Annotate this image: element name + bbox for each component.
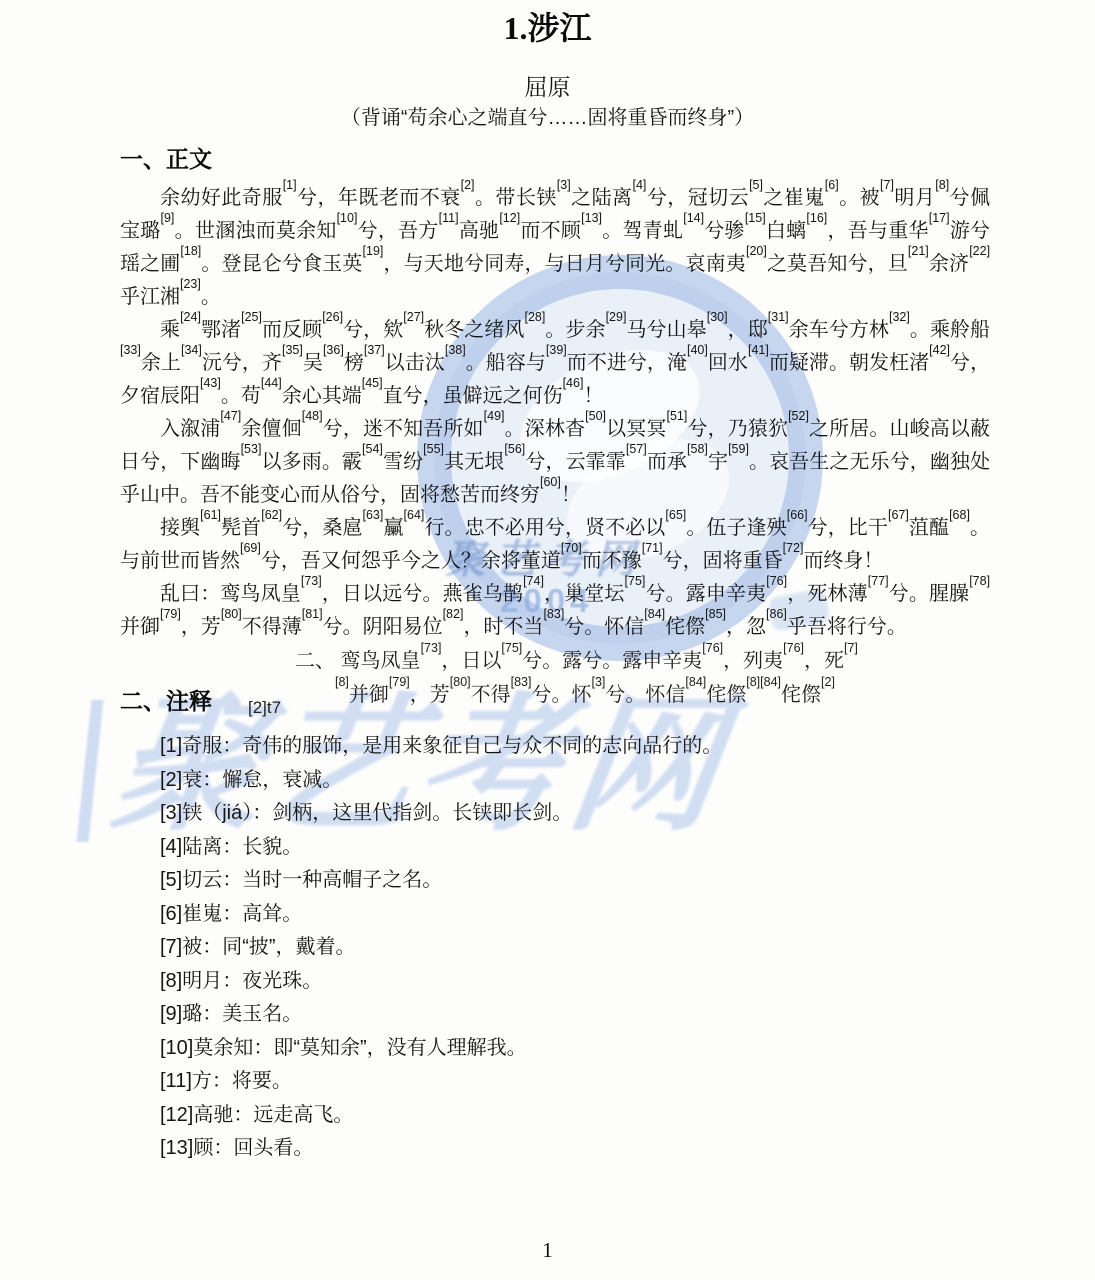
page-title: 1.涉江: [0, 0, 1095, 48]
annotation-item: [9]璐：美玉名。: [160, 998, 995, 1032]
document-page: 聚艺考网 2004 聚艺考网 1.涉江 屈原 （背诵“苟余心之端直兮……固将重昏…: [0, 0, 1095, 1280]
ghost-stray-note: [2]t7: [248, 698, 281, 718]
document-content: 1.涉江 屈原 （背诵“苟余心之端直兮……固将重昏而终身”） 一、正文 余幼好此…: [0, 0, 1095, 1166]
annotation-item: [1]奇服：奇伟的服饰，是用来象征自己与众不同的志向品行的。: [160, 730, 995, 764]
main-text-block: 余幼好此奇服[1]兮，年既老而不衰[2]。带长铗[3]之陆离[4]兮，冠切云[5…: [120, 182, 990, 728]
recite-note: （背诵“苟余心之端直兮……固将重昏而终身”）: [0, 104, 1095, 132]
paragraph-4: 接舆[61]髡首[62]兮，桑扈[63]臝[64]行。忠不必用兮，贤不必以[65…: [120, 512, 990, 578]
annotation-item: [7]被：同“披”，戴着。: [160, 931, 995, 965]
annotation-item: [10]莫余知：即“莫知余”，没有人理解我。: [160, 1032, 995, 1066]
annotation-item: [8]明月：夜光珠。: [160, 965, 995, 999]
page-number: 1: [0, 1238, 1095, 1263]
annotation-item: [11]方：将要。: [160, 1065, 995, 1099]
annotation-item: [3]铗（jiá）：剑柄，这里代指剑。长铗即长剑。: [160, 797, 995, 831]
annotation-item: [4]陆离：长貌。: [160, 831, 995, 865]
section-heading-notes: 二、注释: [120, 686, 212, 716]
annotation-item: [12]高驰：远走高飞。: [160, 1099, 995, 1133]
ghost-text-line-2: [8]并御[79]，芳[80]不得[83]兮。怀[3]兮。怀信[84]侘傺[8]…: [335, 680, 835, 711]
paragraph-2: 乘[24]鄂渚[25]而反顾[26]兮，欸[27]秋冬之绪风[28]。步余[29…: [120, 314, 990, 413]
author-line: 屈原: [0, 72, 1095, 102]
annotations-list: [1]奇服：奇伟的服饰，是用来象征自己与众不同的志向品行的。 [2]衰：懈怠，衰…: [160, 730, 995, 1166]
annotation-item: [2]衰：懈怠，衰减。: [160, 764, 995, 798]
ghost-overlay-block: 二、 鸾鸟凤皇[73]，日以[75]兮。露兮。露申辛夷[76]，列夷[76]，死…: [120, 644, 990, 728]
annotation-item: [13]顾：回头看。: [160, 1132, 995, 1166]
ghost-text-line-1: 二、 鸾鸟凤皇[73]，日以[75]兮。露兮。露申辛夷[76]，列夷[76]，死…: [295, 646, 858, 677]
paragraph-5: 乱曰：鸾鸟凤皇[73]，日以远兮。燕雀乌鹊[74]，巢堂坛[75]兮。露申辛夷[…: [120, 578, 990, 644]
annotation-item: [6]崔嵬：高耸。: [160, 898, 995, 932]
paragraph-1: 余幼好此奇服[1]兮，年既老而不衰[2]。带长铗[3]之陆离[4]兮，冠切云[5…: [120, 182, 990, 314]
section-heading-main-text: 一、正文: [120, 144, 1095, 174]
annotation-item: [5]切云：当时一种高帽子之名。: [160, 864, 995, 898]
paragraph-3: 入溆浦[47]余儃佪[48]兮，迷不知吾所如[49]。深林杳[50]以冥冥[51…: [120, 413, 990, 512]
